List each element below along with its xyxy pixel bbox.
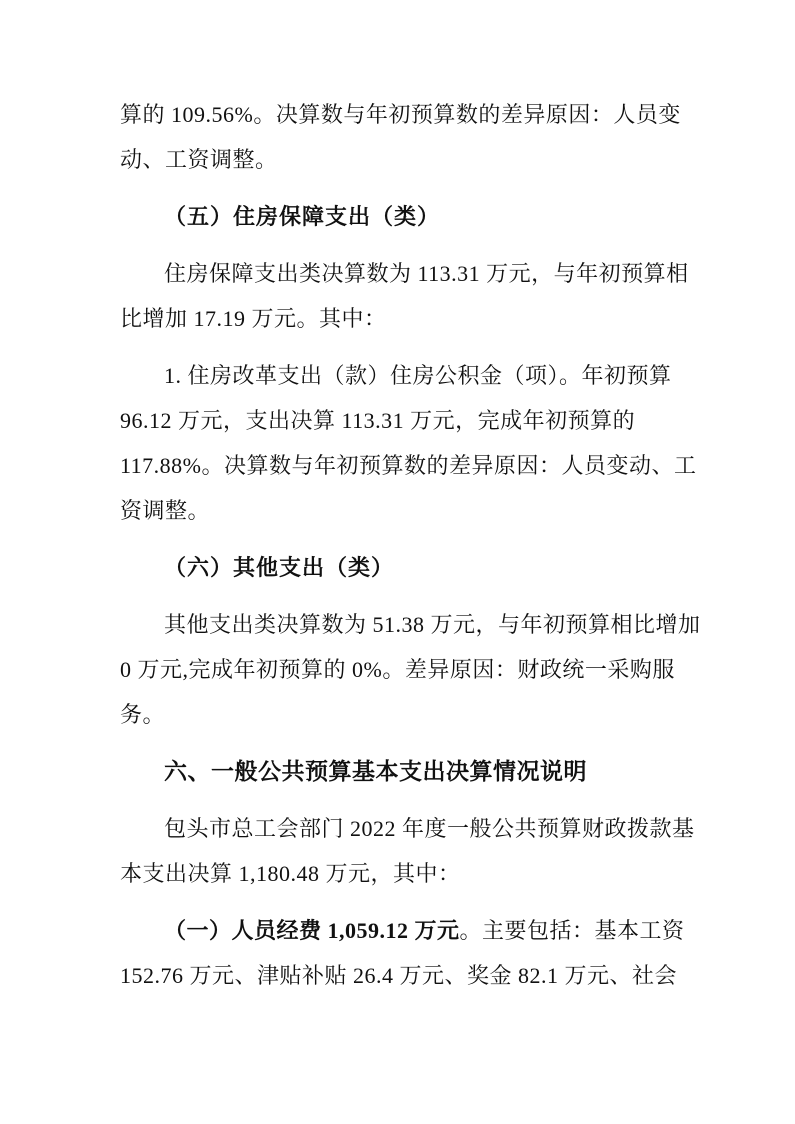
text-line: 152.76 万元、津贴补贴 26.4 万元、奖金 82.1 万元、社会 [120,953,695,998]
section-heading-text: 六、一般公共预算基本支出决算情况说明 [120,749,695,794]
paragraph-basic-expenditure-summary: 包头市总工会部门 2022 年度一般公共预算财政拨款基 本支出决算 1,180.… [120,806,695,896]
paragraph-housing-fund-detail: 1. 住房改革支出（款）住房公积金（项）。年初预算 96.12 万元，支出决算 … [120,353,695,533]
text-segment: 。主要包括：基本工资 [460,918,685,943]
text-line: 96.12 万元，支出决算 113.31 万元，完成年初预算的 [120,398,695,443]
text-line: 包头市总工会部门 2022 年度一般公共预算财政拨款基 [120,806,695,851]
text-line: 其他支出类决算数为 51.38 万元，与年初预算相比增加 [120,602,695,647]
text-line: 比增加 17.19 万元。其中： [120,296,695,341]
section-heading-basic-expenditure: 六、一般公共预算基本支出决算情况说明 [120,749,695,794]
paragraph-other-expense-summary: 其他支出类决算数为 51.38 万元，与年初预算相比增加 0 万元,完成年初预算… [120,602,695,737]
document-content: 算的 109.56%。决算数与年初预算数的差异原因：人员变 动、工资调整。 （五… [0,0,795,998]
document-page: 算的 109.56%。决算数与年初预算数的差异原因：人员变 动、工资调整。 （五… [0,0,795,1124]
section-heading-text: （六）其他支出（类） [120,545,695,590]
section-heading-other-expense: （六）其他支出（类） [120,545,695,590]
text-line: 动、工资调整。 [120,137,695,182]
text-line: （一）人员经费 1,059.12 万元。主要包括：基本工资 [120,908,695,953]
bold-lead-text: （一）人员经费 1,059.12 万元 [164,918,460,943]
text-line: 本支出决算 1,180.48 万元，其中： [120,851,695,896]
paragraph-variance-reason: 算的 109.56%。决算数与年初预算数的差异原因：人员变 动、工资调整。 [120,92,695,182]
text-line: 住房保障支出类决算数为 113.31 万元，与年初预算相 [120,251,695,296]
text-line: 算的 109.56%。决算数与年初预算数的差异原因：人员变 [120,92,695,137]
text-line: 117.88%。决算数与年初预算数的差异原因：人员变动、工 [120,443,695,488]
section-heading-text: （五）住房保障支出（类） [120,194,695,239]
paragraph-personnel-funds: （一）人员经费 1,059.12 万元。主要包括：基本工资 152.76 万元、… [120,908,695,998]
paragraph-housing-summary: 住房保障支出类决算数为 113.31 万元，与年初预算相 比增加 17.19 万… [120,251,695,341]
text-line: 0 万元,完成年初预算的 0%。差异原因：财政统一采购服 [120,647,695,692]
text-line: 1. 住房改革支出（款）住房公积金（项）。年初预算 [120,353,695,398]
text-line: 资调整。 [120,488,695,533]
section-heading-housing-support: （五）住房保障支出（类） [120,194,695,239]
text-line: 务。 [120,692,695,737]
